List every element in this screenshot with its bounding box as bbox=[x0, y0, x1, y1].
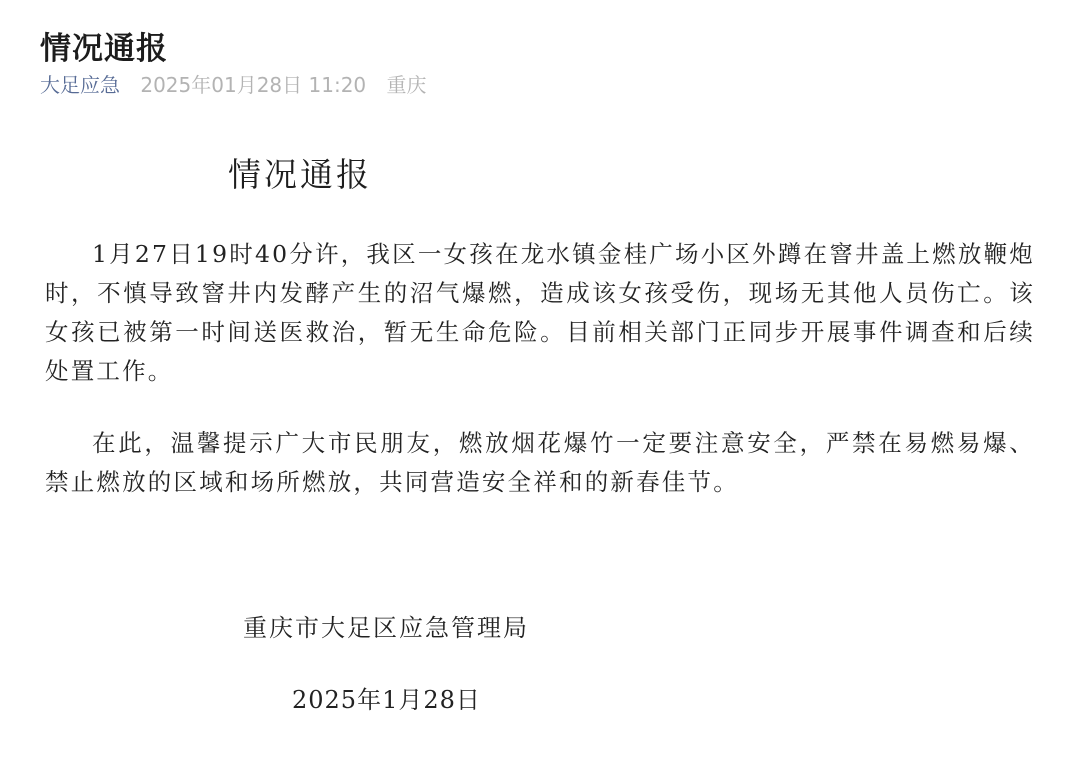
document-paragraph: 在此，温馨提示广大市民朋友，燃放烟花爆竹一定要注意安全，严禁在易燃易爆、禁止燃放… bbox=[45, 424, 1035, 502]
document-signature: 重庆市大足区应急管理局 bbox=[243, 608, 529, 648]
document-date: 2025年1月28日 bbox=[292, 680, 481, 720]
article-meta: 大足应急 2025年01月28日 11:20 重庆 bbox=[40, 70, 427, 100]
article-title: 情况通报 bbox=[40, 27, 168, 71]
document-paragraph: 1月27日19时40分许，我区一女孩在龙水镇金桂广场小区外蹲在窨井盖上燃放鞭炮时… bbox=[45, 235, 1035, 391]
publish-location: 重庆 bbox=[387, 73, 427, 97]
publish-time: 2025年01月28日 11:20 bbox=[140, 73, 366, 97]
author-link[interactable]: 大足应急 bbox=[40, 73, 120, 97]
document-title: 情况通报 bbox=[228, 152, 372, 198]
